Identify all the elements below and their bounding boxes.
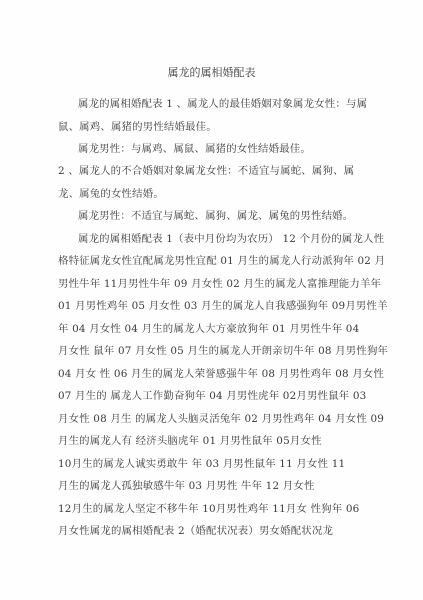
paragraph-line: 04 月女 性 06 月生的属龙人荣誉感强牛年 08 月男性鸡年 08 月女性 (58, 367, 384, 381)
paragraph-line: 属龙男性：不适宜与属蛇、属狗、属龙、属兔的男性结婚。 (78, 209, 353, 223)
paragraph-line: 属龙男性：与属鸡、属鼠、属猪的女性结婚最佳。 (78, 142, 311, 156)
paragraph-line: 属龙的属相婚配表 1 、属龙人的最佳婚姻对象属龙女性：与属 (78, 97, 367, 111)
paragraph-line: 2 、属龙人的不合婚姻对象属龙女性：不适宜与属蛇、属狗、属 (58, 164, 354, 178)
paragraph-line: 月女性属龙的属相婚配表 2（婚配状况表）男女婚配状况龙 (58, 524, 333, 538)
paragraph-line: 龙、属兔的女性结婚。 (58, 187, 164, 201)
paragraph-line: 01 月男性鸡年 05 月女性 03 月生的属龙人自我感强狗年 09月男性羊 (58, 299, 388, 313)
document-title: 属龙的属相婚配表 (0, 66, 423, 80)
paragraph-line: 月女性 08 月生 的属龙人头脑灵活兔年 02 月男性鸡年 04 月女性 09 (58, 412, 384, 426)
paragraph-line: 属龙的属相婚配表 1（表中月份均为农历） 12 个月份的属龙人性 (78, 232, 384, 246)
paragraph-line: 07 月生的 属龙人工作勤奋狗年 04 月男性虎年 02月男性鼠年 03 (58, 389, 367, 403)
paragraph-line: 10月生的属龙人诚实勇敢牛 年 03 月男性鼠年 11 月女性 11 (58, 457, 345, 471)
paragraph-line: 鼠、属鸡、属猪的男性结婚最佳。 (58, 120, 217, 134)
paragraph-line: 男性牛年 11月男性牛年 09 月女性 02 月生的属龙人富推理能力羊年 (58, 277, 381, 291)
paragraph-line: 月生的属龙人孤独敏感牛年 03 月男性 牛年 12 月女性 (58, 479, 315, 493)
paragraph-line: 12月生的属龙人坚定不移牛年 10月男性鸡年 11月女 性狗年 06 (58, 502, 360, 516)
paragraph-line: 年 04 月女性 04 月生的属龙人大方豪放狗年 01 月男性牛年 04 (58, 322, 359, 336)
paragraph-line: 月女性 鼠年 07 月女性 05 月生的属龙人开朗亲切牛年 08 月男性狗年 (58, 344, 388, 358)
document-page: 属龙的属相婚配表 属龙的属相婚配表 1 、属龙人的最佳婚姻对象属龙女性：与属 鼠… (0, 0, 423, 600)
paragraph-line: 月生的属龙人有 经济头脑虎年 01 月男性鼠年 05月女性 (58, 434, 322, 448)
paragraph-line: 格特征属龙女性宜配属龙男性宜配 01 月生的属龙人行动派狗年 02 月 (58, 254, 385, 268)
